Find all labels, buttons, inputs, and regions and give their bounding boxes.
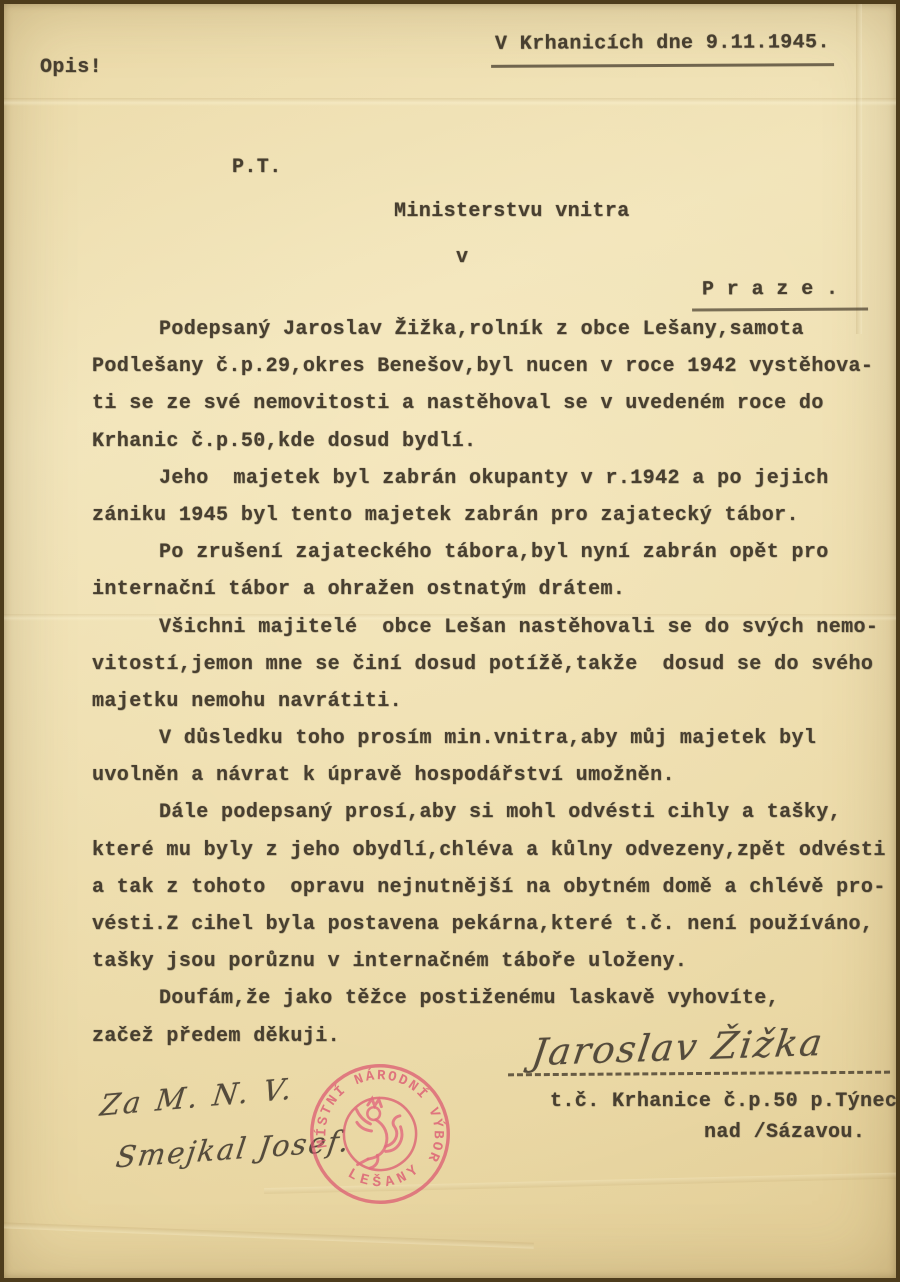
svg-text:LEŠANY: LEŠANY — [344, 1152, 427, 1197]
handwritten-note-za-mnv: Za M. N. V. — [98, 1071, 296, 1122]
body-line: vitostí,jemon mne se činí dosud potížě,t… — [92, 653, 892, 690]
recipient-line: Ministerstvu vnitra — [394, 200, 630, 223]
salutation: P.T. — [232, 156, 282, 179]
official-round-stamp: MÍSTNÍ NÁRODNÍ VÝBOR LEŠANY — [293, 1047, 467, 1221]
czech-lion-icon — [350, 1097, 406, 1172]
body-line: Podepsaný Jaroslav Žižka,rolník z obce L… — [92, 318, 892, 355]
body-line: Jeho majetek byl zabrán okupanty v r.194… — [92, 467, 892, 504]
letter-body: Podepsaný Jaroslav Žižka,rolník z obce L… — [92, 318, 892, 1062]
body-line: Podlešany č.p.29,okres Benešov,byl nucen… — [92, 355, 892, 392]
recipient-city: P r a z e . — [692, 278, 868, 312]
body-line: Po zrušení zajateckého tábora,byl nyní z… — [92, 541, 892, 578]
copy-label: Opis! — [40, 56, 102, 79]
body-line: a tak z tohoto opravu nejnutnější na oby… — [92, 876, 892, 913]
paper-crease — [4, 98, 896, 106]
body-line: které mu byly z jeho obydlí,chléva a kůl… — [92, 839, 892, 876]
body-line: Doufám,že jako těžce postiženému laskavě… — [92, 987, 892, 1024]
scanned-letter-page: Opis! V Krhanicích dne 9.11.1945. P.T. M… — [0, 0, 900, 1282]
body-line: majetku nemohu navrátiti. — [92, 690, 892, 727]
body-line: internační tábor a ohražen ostnatým drát… — [92, 578, 892, 615]
dateline-text: V Krhanicích dne 9.11.1945. — [495, 31, 830, 56]
stamp-bottom-text: LEŠANY — [344, 1152, 427, 1197]
body-line: vésti.Z cihel byla postavena pekárna,kte… — [92, 913, 892, 950]
sender-address-line2: nad /Sázavou. — [704, 1121, 865, 1144]
body-line: V důsledku toho prosím min.vnitra,aby mů… — [92, 727, 892, 764]
body-line: Krhanic č.p.50,kde dosud bydlí. — [92, 430, 892, 467]
body-line: tašky jsou porůznu v internačném táboře … — [92, 950, 892, 987]
body-line: Všichni majitelé obce Lešan nastěhovali … — [92, 616, 892, 653]
dateline: V Krhanicích dne 9.11.1945. — [491, 31, 834, 68]
body-line: Dále podepsaný prosí,aby si mohl odvésti… — [92, 801, 892, 838]
body-line: ti se ze své nemovitosti a nastěhoval se… — [92, 392, 892, 429]
recipient-preposition: v — [456, 246, 468, 269]
body-line: uvolněn a návrat k úpravě hospodářství u… — [92, 764, 892, 801]
sender-address-line1: t.č. Krhanice č.p.50 p.Týnec — [550, 1090, 897, 1113]
recipient-city-text: P r a z e . — [702, 278, 862, 302]
paper-crease — [0, 1221, 534, 1248]
body-line: zániku 1945 byl tento majetek zabrán pro… — [92, 504, 892, 541]
